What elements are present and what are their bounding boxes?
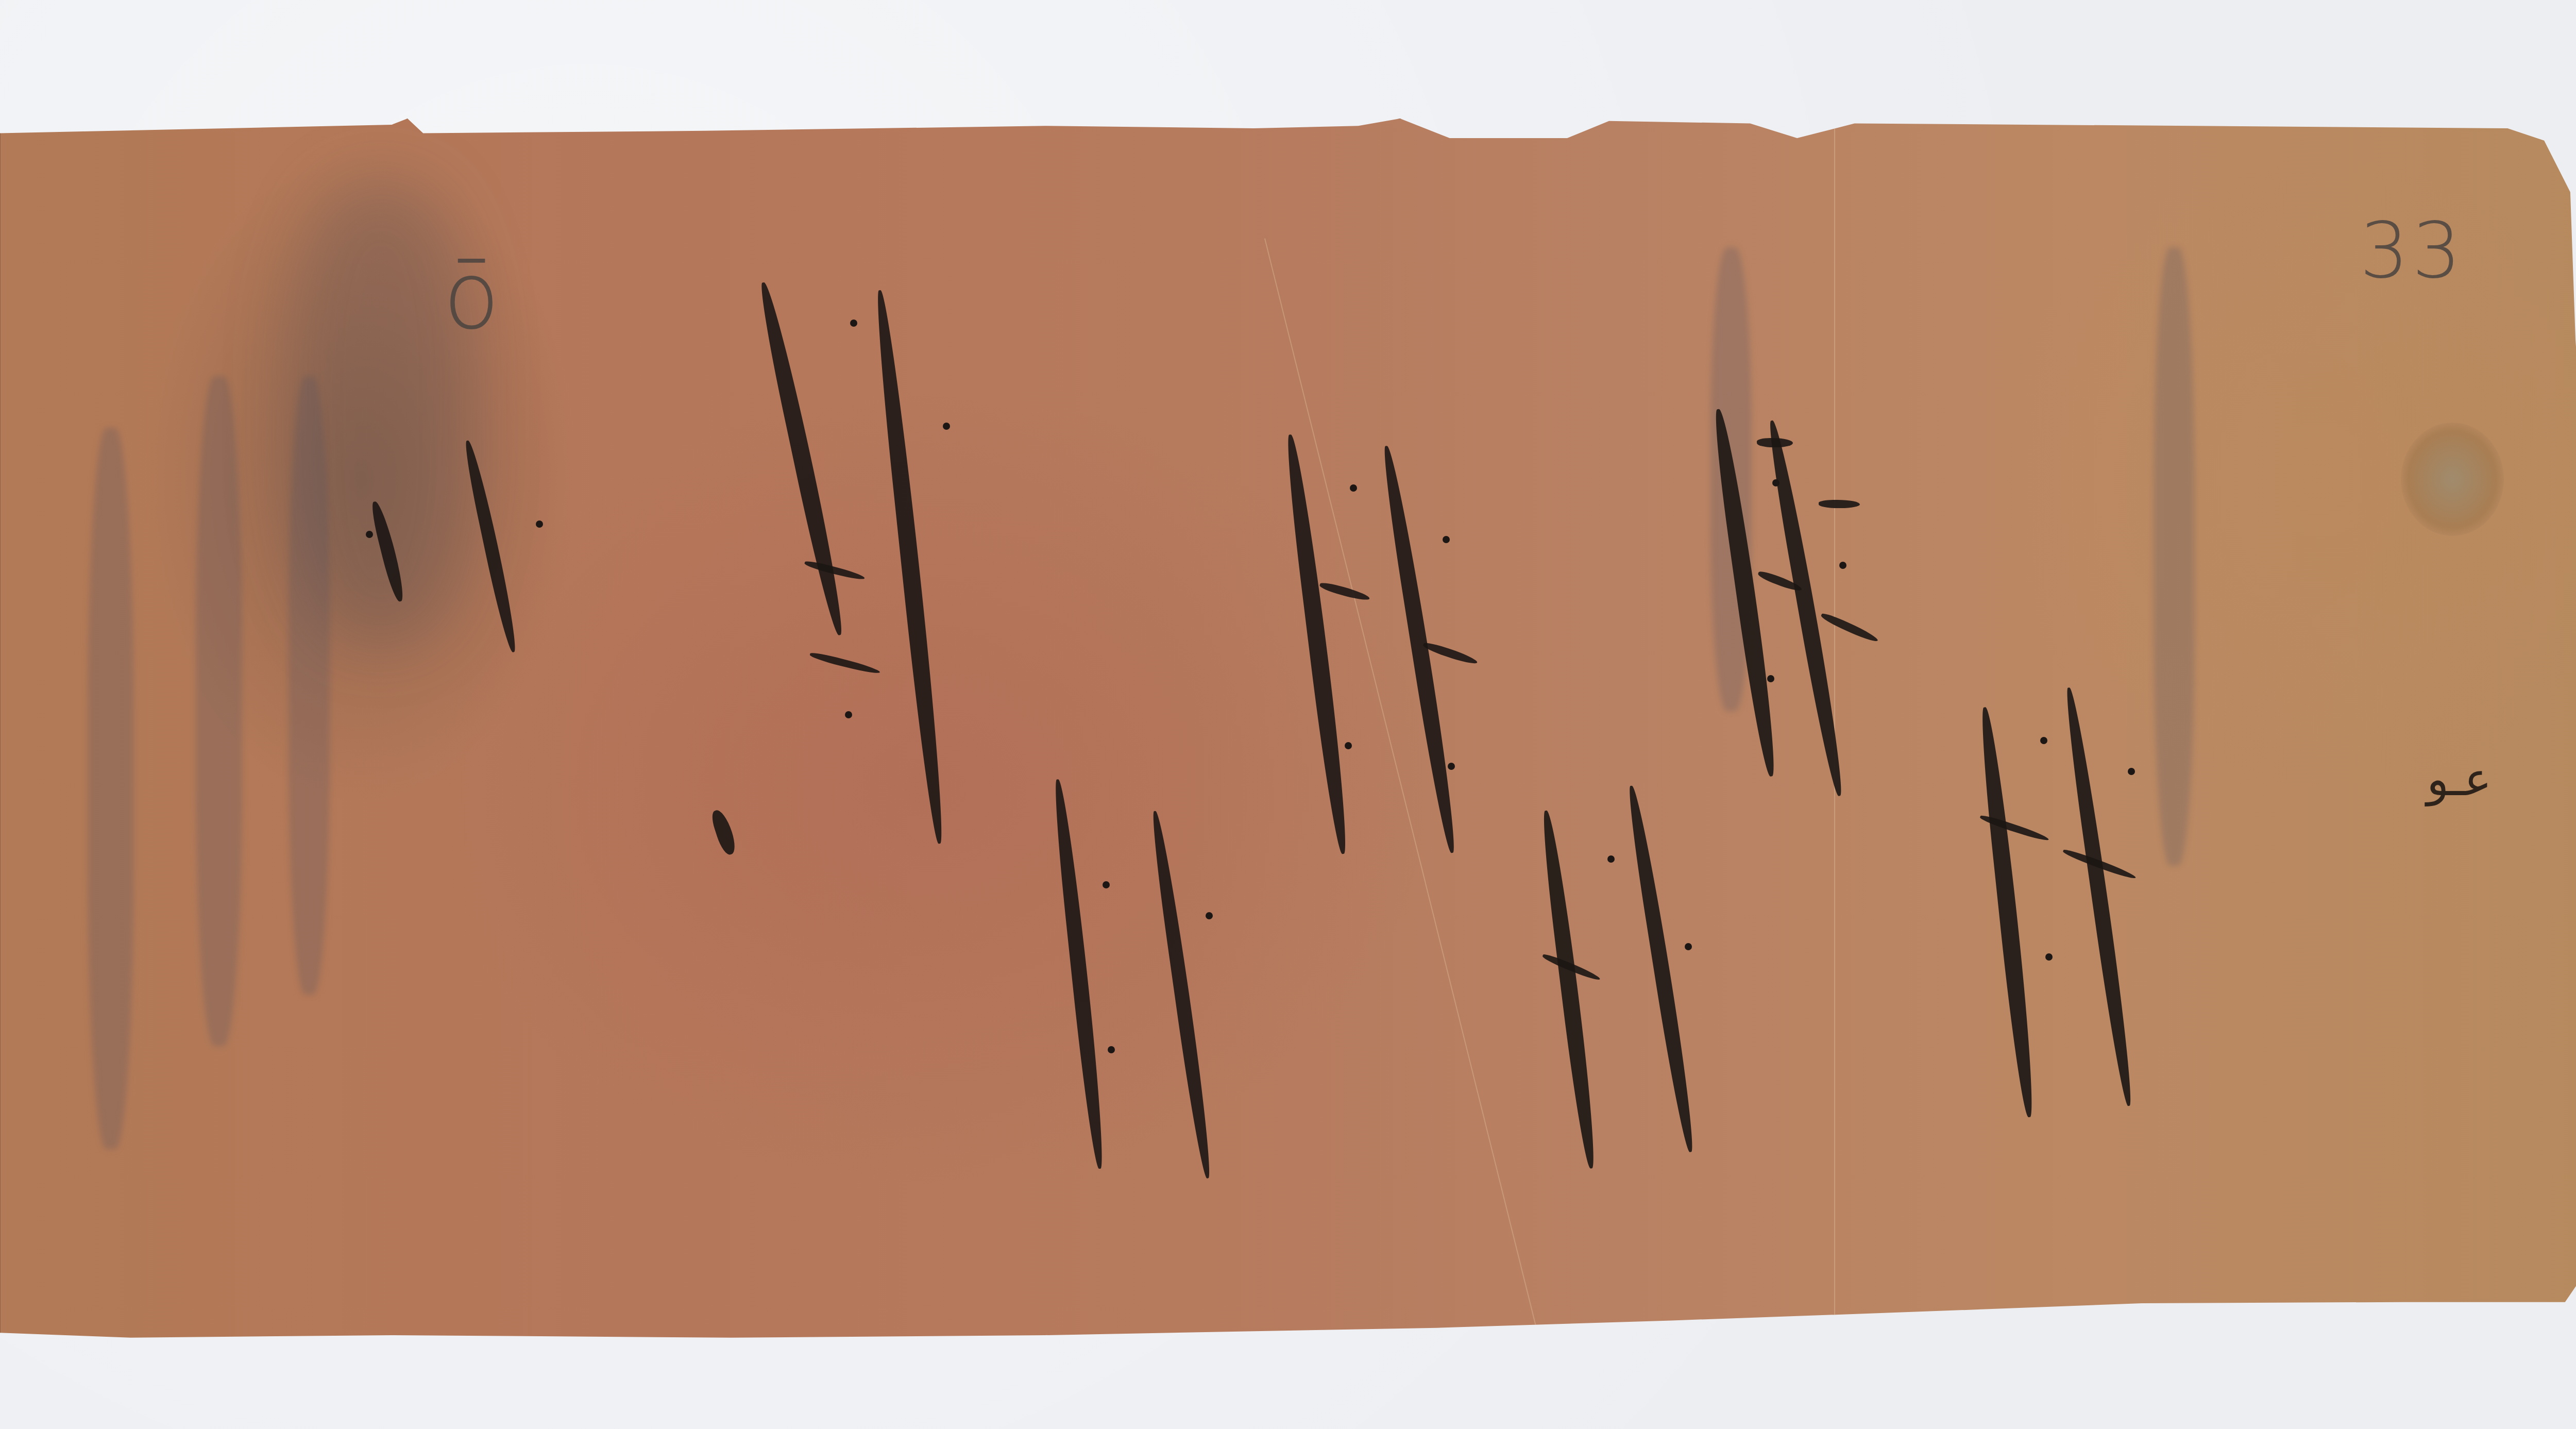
paper-fold (1264, 238, 1539, 1338)
pencil-mark: ō (443, 242, 500, 350)
margin-note: عـو (2427, 752, 2492, 806)
water-stain (2401, 423, 2504, 536)
manuscript-page: 33 ō عـو (0, 119, 2576, 1345)
bleed-through-text (2154, 247, 2195, 866)
bleed-through-text (88, 428, 134, 1149)
folio-number: 33 (2360, 206, 2464, 296)
handwriting-mark (709, 808, 738, 857)
bleed-through-text (196, 376, 242, 1046)
bleed-through-text (289, 376, 330, 995)
